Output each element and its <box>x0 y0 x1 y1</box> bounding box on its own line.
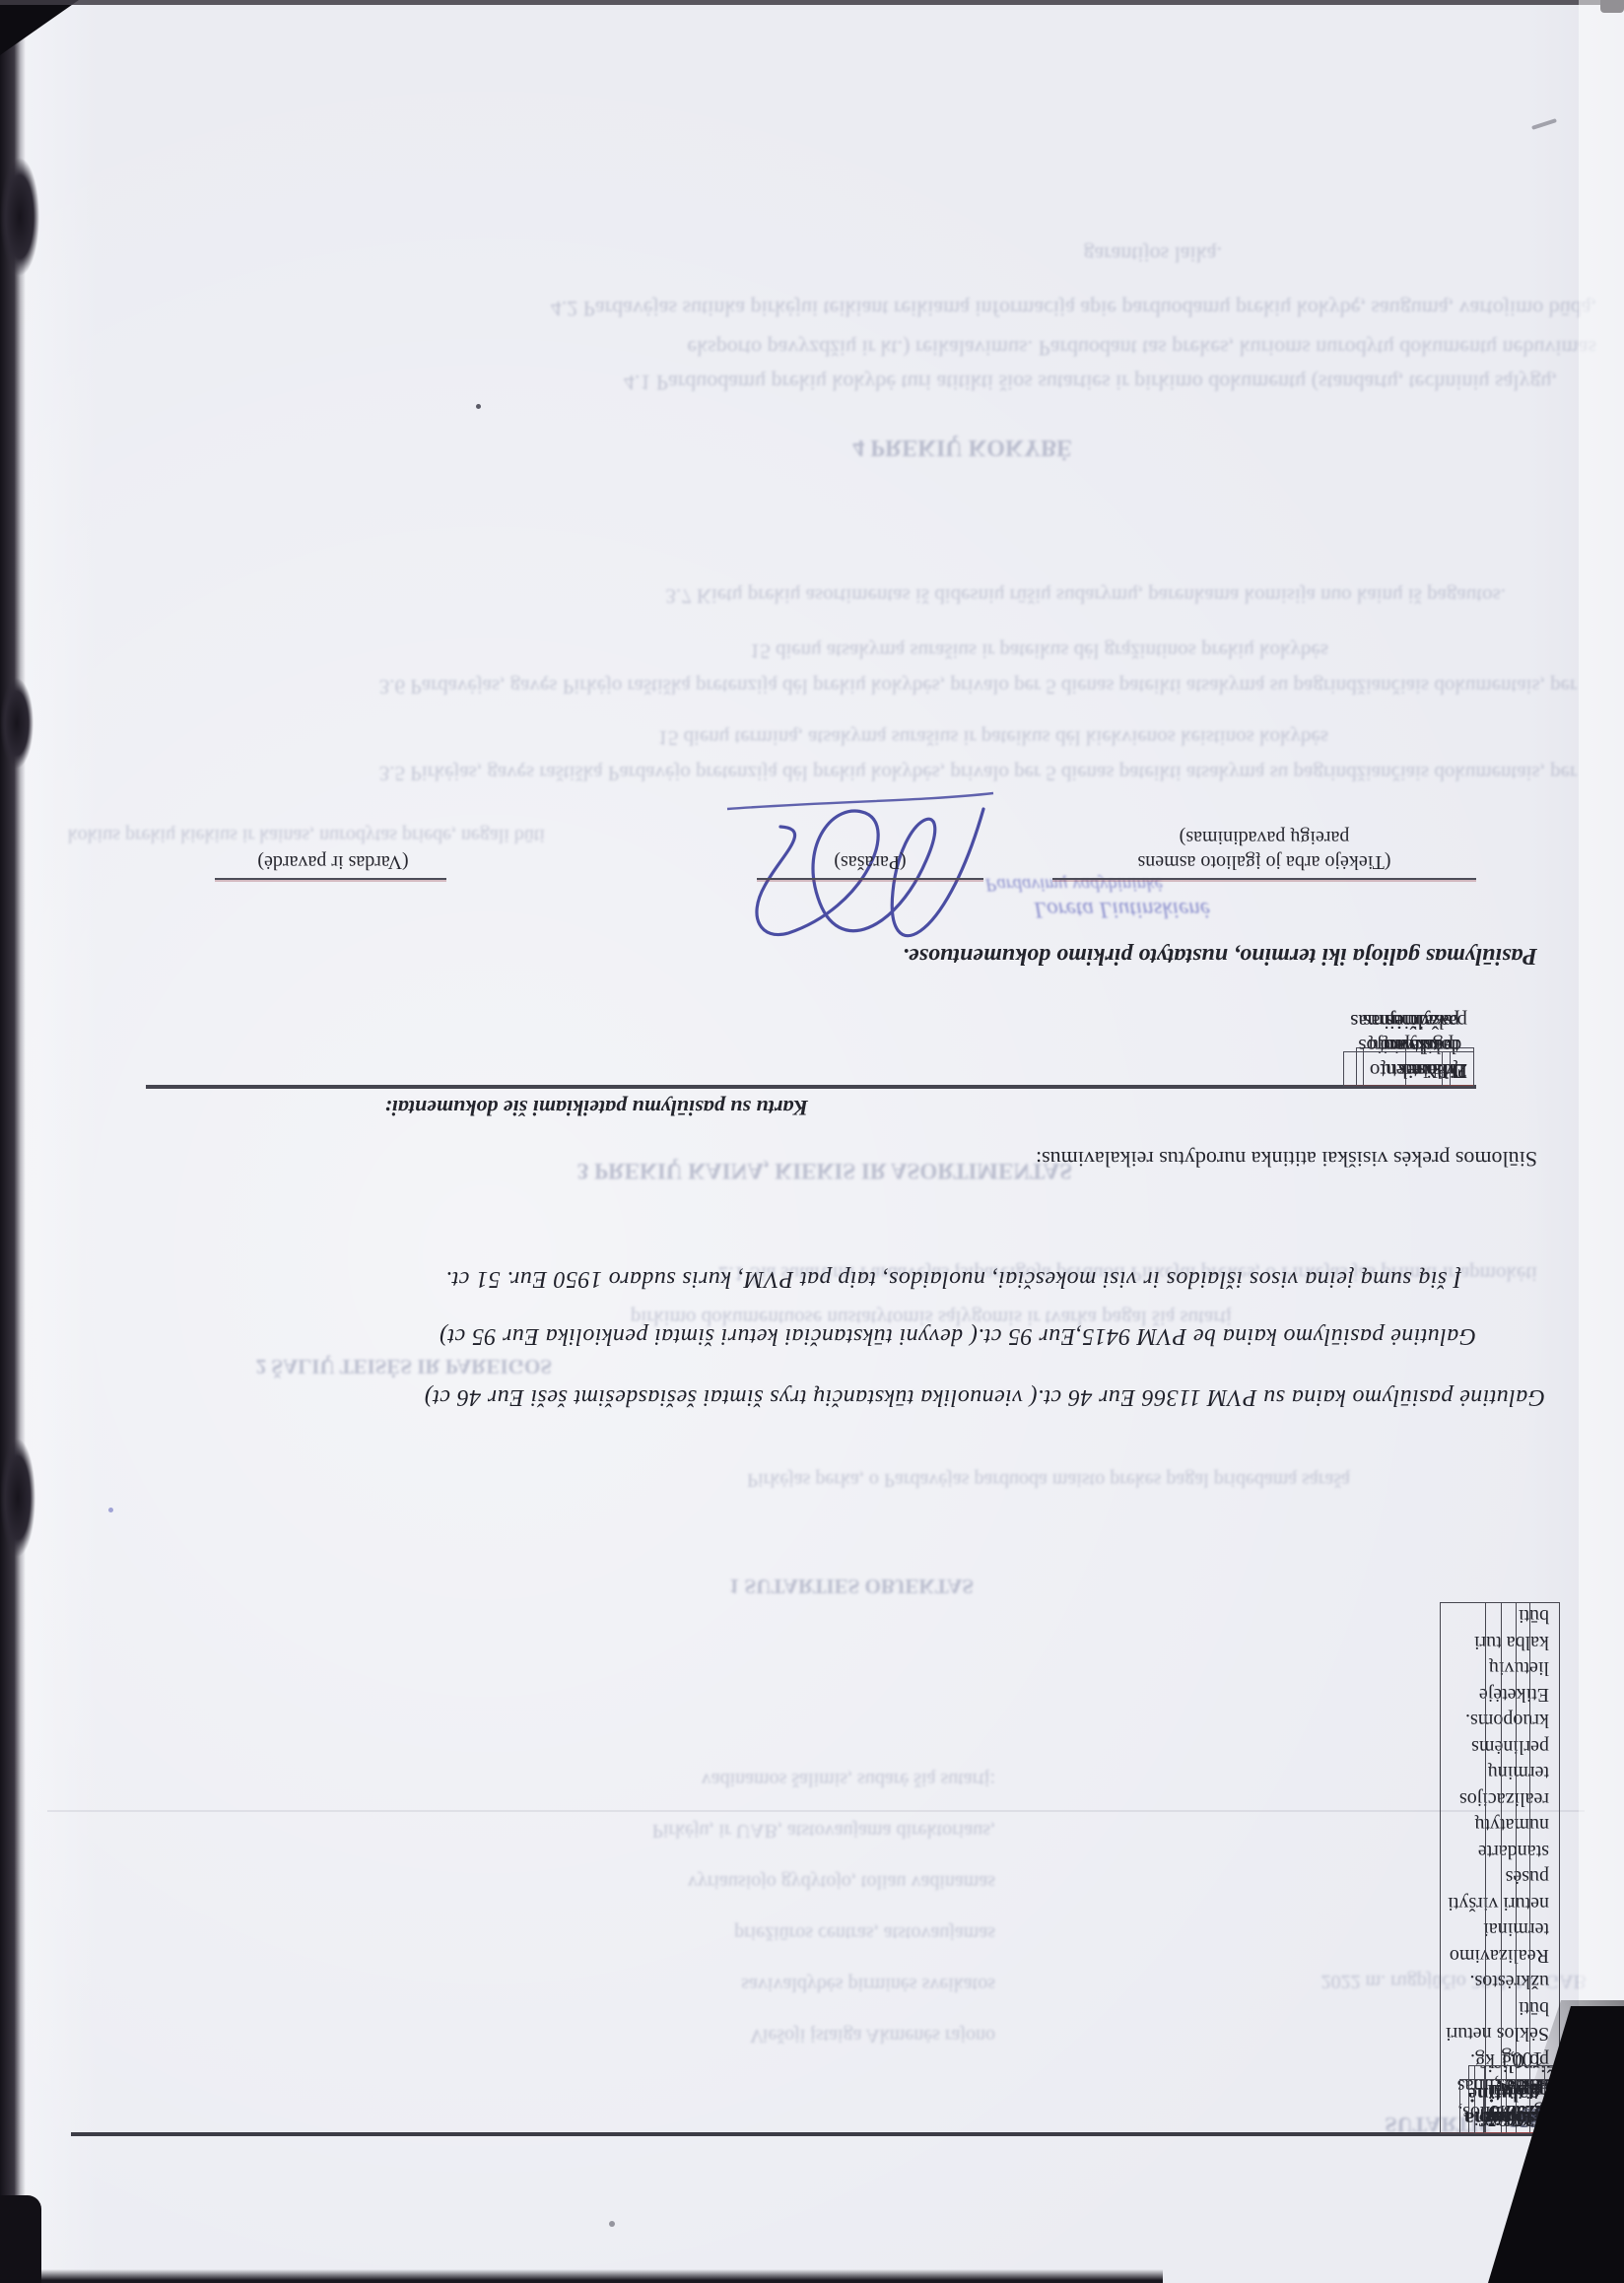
showthrough-text: 2 ŠALIŲ TEISĖS IR PAREIGOS <box>256 1354 552 1378</box>
showthrough-layer: SUTARTIS2022 m. rugpjūčio 30 d. Nr. GABV… <box>0 0 1624 2283</box>
showthrough-text: 4 PREKIŲ KOKYBĖ <box>852 434 1072 460</box>
showthrough-text: garantijos laiką. <box>1083 241 1222 267</box>
total-sum-su-pvm: 11366,46 <box>1474 2079 1560 2134</box>
position-line <box>1052 878 1476 880</box>
showthrough-text: 4.1 Parduodamų prekių kokybė turi atitik… <box>624 369 1557 395</box>
name-caption: (Vardas ir pavardė) <box>185 849 481 874</box>
documents-intro: Kartu su pasiūlymu pateikiami šie dokume… <box>384 1095 808 1120</box>
final-price-be-pvm-line: Galutinė pasiūlymo kaina be PVM 9415,Eur… <box>440 1322 1476 1349</box>
signature-line <box>757 878 983 880</box>
document-cell: 1 <box>1443 1051 1475 1087</box>
showthrough-text: vyriausiojo gydytojo, toliau vadinamas <box>688 1870 995 1893</box>
showthrough-text: savivaldybės pirminės sveikatos <box>741 1973 995 1995</box>
showthrough-text: Viešoji įstaiga Akmenės rajono <box>750 2024 995 2047</box>
showthrough-text: 3.6 Pardavėjas, gavęs Pirkėjo raštišką p… <box>379 674 1577 699</box>
signature-caption: (Parašas) <box>757 849 983 874</box>
item-cell-price: 3,57 <box>1516 1602 1560 2134</box>
pvm-amount-line: Į šią sumą įeina visos išlaidos ir visi … <box>445 1265 1461 1292</box>
compliance-statement: Siūlomos prekės visiškai atitinka nurody… <box>1036 1146 1537 1172</box>
showthrough-text: priežiūros centras, atstovaujamas <box>734 1921 995 1944</box>
showthrough-text: 15 dienų atsakymą surašius ir pateikus d… <box>750 638 1328 663</box>
final-price-su-pvm-line: Galutinė pasiūlymo kaina su PVM 11366 Eu… <box>424 1383 1545 1410</box>
items-table: 21Sezamo sėklosDžiovintos, išfasavimas p… <box>71 2132 1562 2136</box>
signature-block: (Tiekėjo arba jo įgalioto asmens pareigų… <box>0 785 1624 982</box>
paper-crease <box>47 1810 1585 1812</box>
name-line <box>215 878 446 880</box>
scanned-page: SUTARTIS2022 m. rugpjūčio 30 d. Nr. GABV… <box>0 0 1624 2283</box>
showthrough-text: 3.7 Kietų prekių asortimentas iš didesni… <box>665 583 1506 608</box>
showthrough-text: 1 SUTARTIES OBJEKTAS <box>729 1574 974 1598</box>
document-sheet: SUTARTIS2022 m. rugpjūčio 30 d. Nr. GABV… <box>0 0 1624 2283</box>
showthrough-text: 3 PREKIŲ KAINA, KIEKIS IR ASORTIMENTAS <box>577 1158 1072 1183</box>
showthrough-text: vadinamos šalimis, sudarė šią sutartį: <box>702 1768 995 1790</box>
showthrough-text: Pirkėjas perka, o Pardavėjas parduoda ma… <box>747 1468 1350 1491</box>
position-caption: (Tiekėjo arba jo įgalioto asmens pareigų… <box>1052 825 1476 874</box>
showthrough-text: 15 dienų terminą, atsakymą surašius ir p… <box>657 725 1328 750</box>
showthrough-text: eksporto pavyzdžių ir kt.) reikalavimus.… <box>687 335 1596 361</box>
showthrough-text: Pirkėju, ir UAB, atstovaujama direktoria… <box>652 1819 995 1842</box>
showthrough-text: 4.2 Pardavėjas sutinka pirkėjui teikiant… <box>551 296 1596 321</box>
documents-table: Eil.Nr. Pateiktų dokumentų pavadinimas D… <box>146 1085 1476 1089</box>
